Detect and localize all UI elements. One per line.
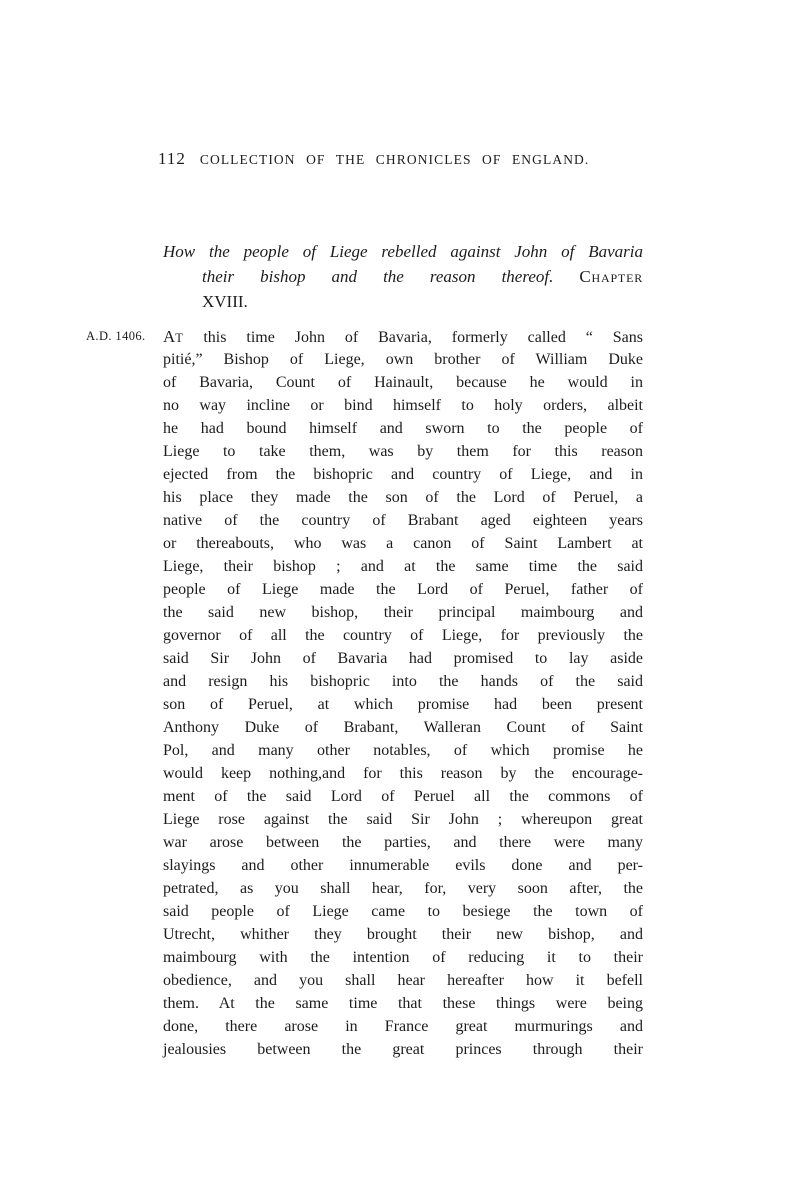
body-line: ment of the said Lord of Peruel all the … <box>163 785 643 808</box>
chapter-number: XVIII. <box>163 289 643 314</box>
body-line: petrated, as you shall hear, for, very s… <box>163 877 643 900</box>
lead-smallcap: T <box>175 331 183 345</box>
body-line: his place they made the son of the Lord … <box>163 486 643 509</box>
body-line: people of Liege made the Lord of Peruel,… <box>163 578 643 601</box>
chapter-heading-line-1: How the people of Liege rebelled against… <box>163 239 643 264</box>
body-line: of Bavaria, Count of Hainault, because h… <box>163 371 643 394</box>
body-line: Liege to take them, was by them for this… <box>163 440 643 463</box>
body-line: Utrecht, whither they brought their new … <box>163 923 643 946</box>
body-line: the said new bishop, their principal mai… <box>163 601 643 624</box>
body-line-first-text: this time John of Bavaria, formerly call… <box>203 329 643 346</box>
body-line: native of the country of Brabant aged ei… <box>163 509 643 532</box>
chapter-heading-line-2-italic: their bishop and the reason thereof. <box>202 267 553 286</box>
body-line: ejected from the bishopric and country o… <box>163 463 643 486</box>
body-line: Pol, and many other notables, of which p… <box>163 739 643 762</box>
body-line: war arose between the parties, and there… <box>163 831 643 854</box>
body-line: slayings and other innumerable evils don… <box>163 854 643 877</box>
body-line: Anthony Duke of Brabant, Walleran Count … <box>163 716 643 739</box>
body-line-first: AT this time John of Bavaria, formerly c… <box>163 325 643 348</box>
margin-date-note: A.D. 1406. <box>86 329 162 344</box>
body-line: obedience, and you shall hear hereafter … <box>163 969 643 992</box>
book-page: 112 COLLECTION OF THE CHRONICLES OF ENGL… <box>0 0 801 1201</box>
body-line: said people of Liege came to besiege the… <box>163 900 643 923</box>
chapter-word: Chapter <box>579 267 643 286</box>
body-line: no way incline or bind himself to holy o… <box>163 394 643 417</box>
body-line: and resign his bishopric into the hands … <box>163 670 643 693</box>
body-line: pitié,” Bishop of Liege, own brother of … <box>163 348 643 371</box>
body-line: son of Peruel, at which promise had been… <box>163 693 643 716</box>
page-number: 112 <box>158 149 186 169</box>
body-line: governor of all the country of Liege, fo… <box>163 624 643 647</box>
body-line: Liege, their bishop ; and at the same ti… <box>163 555 643 578</box>
body-lines: pitié,” Bishop of Liege, own brother of … <box>163 348 643 1061</box>
body-line: said Sir John of Bavaria had promised to… <box>163 647 643 670</box>
chapter-heading: How the people of Liege rebelled against… <box>163 239 643 314</box>
lead-capital: A <box>163 327 175 346</box>
body-line: them. At the same time that these things… <box>163 992 643 1015</box>
body-line: would keep nothing,and for this reason b… <box>163 762 643 785</box>
body-line: maimbourg with the intention of reducing… <box>163 946 643 969</box>
body-line: he had bound himself and sworn to the pe… <box>163 417 643 440</box>
chapter-heading-line-2: their bishop and the reason thereof. Cha… <box>163 264 643 289</box>
body-line: or thereabouts, who was a canon of Saint… <box>163 532 643 555</box>
body-line: jealousies between the great princes thr… <box>163 1038 643 1061</box>
running-header: 112 COLLECTION OF THE CHRONICLES OF ENGL… <box>158 149 628 169</box>
body-line: Liege rose against the said Sir John ; w… <box>163 808 643 831</box>
running-header-title: COLLECTION OF THE CHRONICLES OF ENGLAND. <box>200 152 590 168</box>
body-text: AT this time John of Bavaria, formerly c… <box>163 325 643 1061</box>
body-line: done, there arose in France great murmur… <box>163 1015 643 1038</box>
